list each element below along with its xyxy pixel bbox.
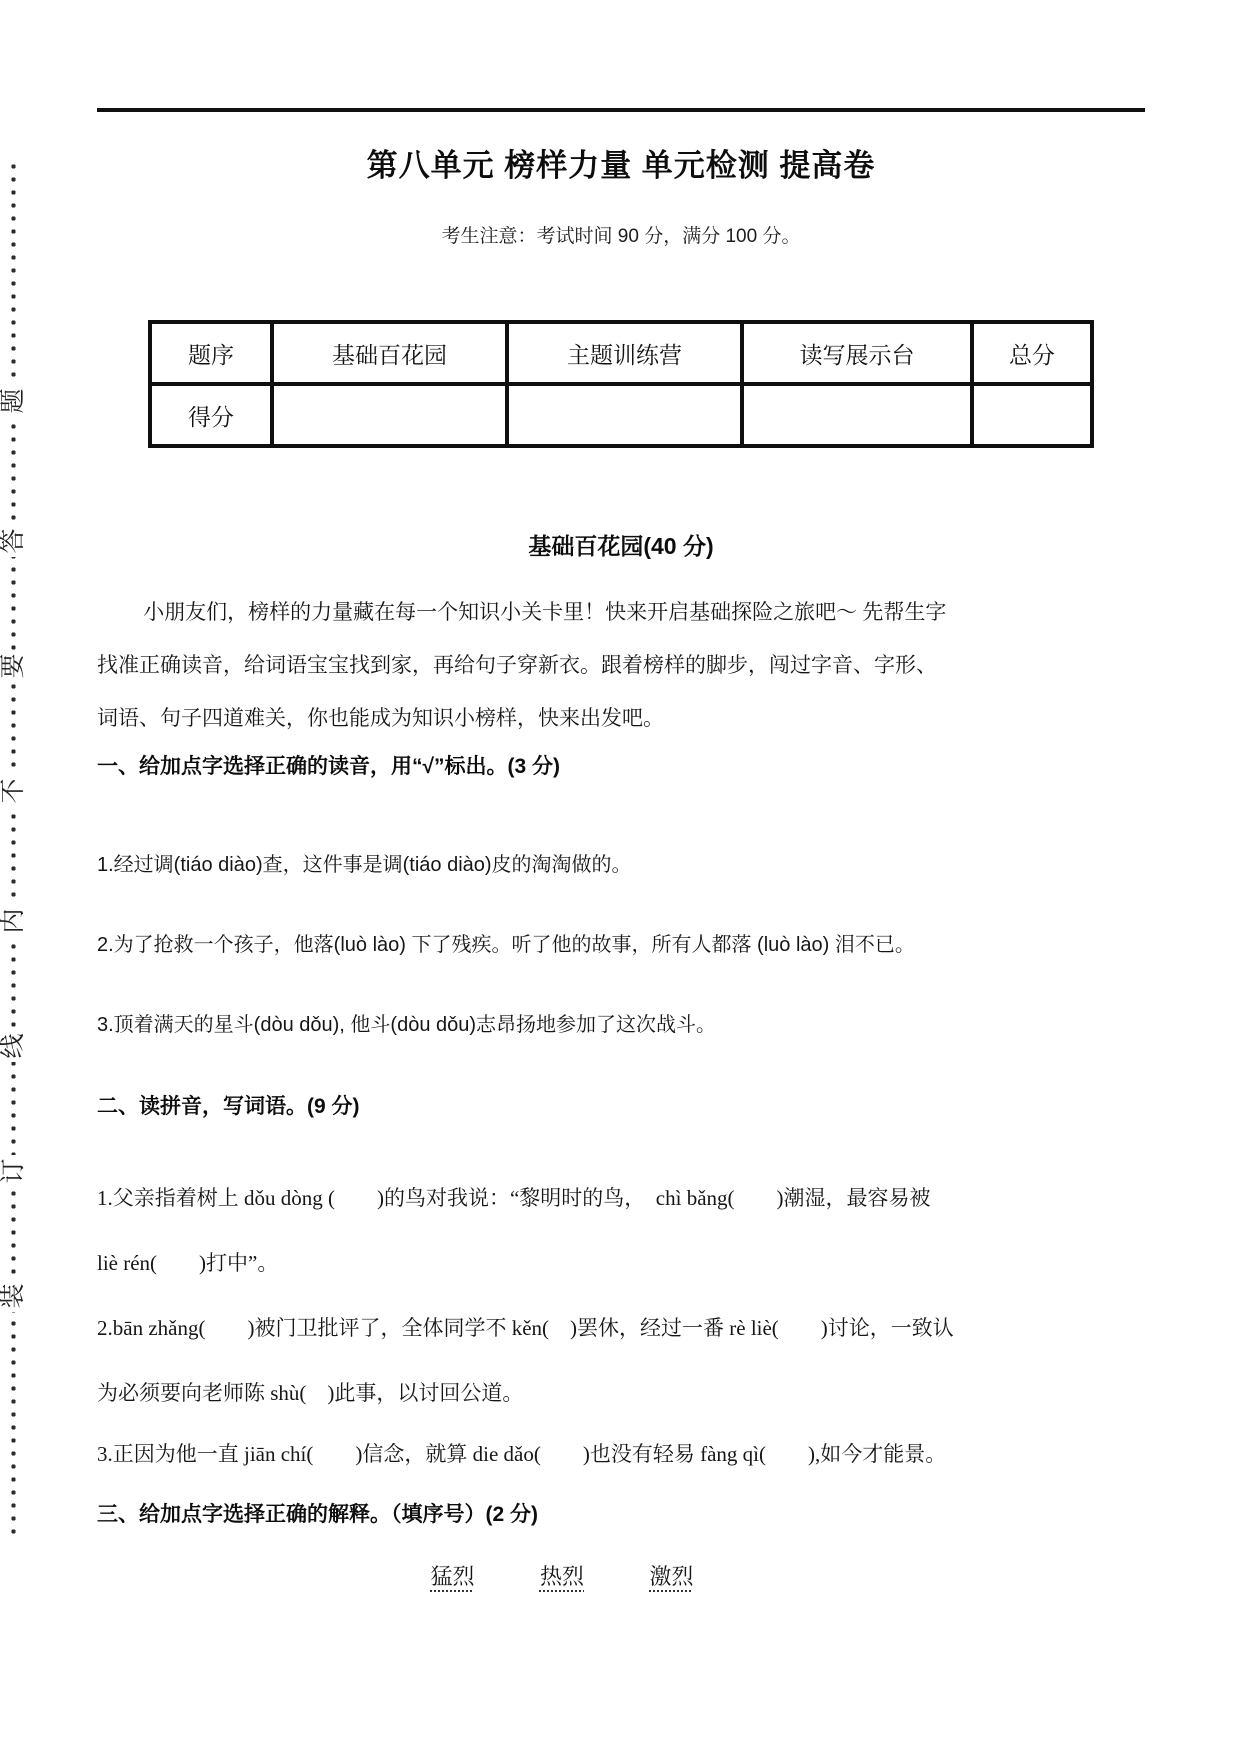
question1-heading: 一、给加点字选择正确的读音，用“√”标出。(3 分)	[97, 750, 1149, 780]
question2-heading: 二、读拼音，写词语。(9 分)	[97, 1090, 1149, 1120]
intro-line-2: 找准正确读音，给词语宝宝找到家，再给句子穿新衣。跟着榜样的脚步，闯过字音、字形、	[97, 639, 1149, 692]
exam-notice: 考生注意：考试时间 90 分，满分 100 分。	[97, 221, 1145, 248]
question2-item2-line2: 为必须要向老师陈 shù( )此事，以讨回公道。	[97, 1377, 1157, 1407]
score-header-jichu: 基础百花园	[272, 322, 507, 384]
binding-char-ti: 题	[0, 385, 30, 417]
question2-item3-line1: 3.正因为他一直 jiān chí( )信念，就算 die dǎo( )也没有轻…	[97, 1438, 1157, 1468]
binding-char-ding: 订	[0, 1155, 30, 1187]
score-table: 题序 基础百花园 主题训练营 读写展示台 总分 得分	[148, 320, 1094, 448]
top-rule-divider	[97, 108, 1145, 112]
binding-margin: 题 答 要 不 内 线 订 装	[0, 160, 56, 1535]
page-title: 第八单元 榜样力量 单元检测 提高卷	[97, 140, 1145, 185]
score-table-score-row: 得分	[150, 384, 1092, 446]
question2-item2-line1: 2.bān zhǎng( )被门卫批评了，全体同学不 kěn( )罢休，经过一番…	[97, 1312, 1157, 1342]
intro-line-1: 小朋友们，榜样的力量藏在每一个知识小关卡里！快来开启基础探险之旅吧～ 先帮生字	[97, 586, 1149, 639]
binding-char-bu: 不	[0, 775, 30, 807]
score-header-zongfen: 总分	[972, 322, 1092, 384]
score-header-zhuti: 主题训练营	[507, 322, 742, 384]
binding-dotted-line	[11, 160, 16, 1535]
binding-char-zhuang: 装	[0, 1280, 30, 1312]
intro-paragraph: 小朋友们，榜样的力量藏在每一个知识小关卡里！快来开启基础探险之旅吧～ 先帮生字 …	[97, 586, 1149, 745]
score-cell-4	[972, 384, 1092, 446]
section-heading-jichubaihuayuan: 基础百花园(40 分)	[97, 528, 1145, 561]
word-jilie: 激烈	[650, 1560, 694, 1591]
question1-item-3: 3.顶着满天的星斗(dòu dǒu), 他斗(dòu dǒu)志昂扬地参加了这次…	[97, 1008, 1157, 1037]
question1-item-1: 1.经过调(tiáo diào)查，这件事是调(tiáo diào)皮的淘淘做的…	[97, 848, 1157, 877]
question3-word-row: 猛烈 热烈 激烈	[97, 1560, 1027, 1591]
question2-item1-line2: liè rén( )打中”。	[97, 1247, 1157, 1277]
word-relie: 热烈	[540, 1560, 584, 1591]
word-menglie: 猛烈	[430, 1560, 474, 1591]
score-cell-3	[742, 384, 972, 446]
score-header-tixu: 题序	[150, 322, 272, 384]
score-row-label: 得分	[150, 384, 272, 446]
exam-paper-page: 题 答 要 不 内 线 订 装 第八单元 榜样力量 单元检测 提高卷 考生注意：…	[0, 0, 1241, 1754]
score-table-header-row: 题序 基础百花园 主题训练营 读写展示台 总分	[150, 322, 1092, 384]
binding-char-yao: 要	[0, 650, 30, 682]
binding-char-da: 答	[0, 525, 30, 557]
question1-item-2: 2.为了抢救一个孩子，他落(luò lào) 下了残疾。听了他的故事，所有人都落…	[97, 928, 1157, 957]
score-header-duxie: 读写展示台	[742, 322, 972, 384]
binding-char-xian: 线	[0, 1030, 30, 1062]
binding-char-nei: 内	[0, 905, 30, 937]
question2-item1-line1: 1.父亲指着树上 dǒu dòng ( )的鸟对我说：“黎明时的鸟， chì b…	[97, 1182, 1157, 1212]
score-cell-1	[272, 384, 507, 446]
score-cell-2	[507, 384, 742, 446]
intro-line-3: 词语、句子四道难关，你也能成为知识小榜样，快来出发吧。	[97, 692, 1149, 745]
question3-heading: 三、给加点字选择正确的解释。（填序号）(2 分)	[97, 1498, 1149, 1528]
